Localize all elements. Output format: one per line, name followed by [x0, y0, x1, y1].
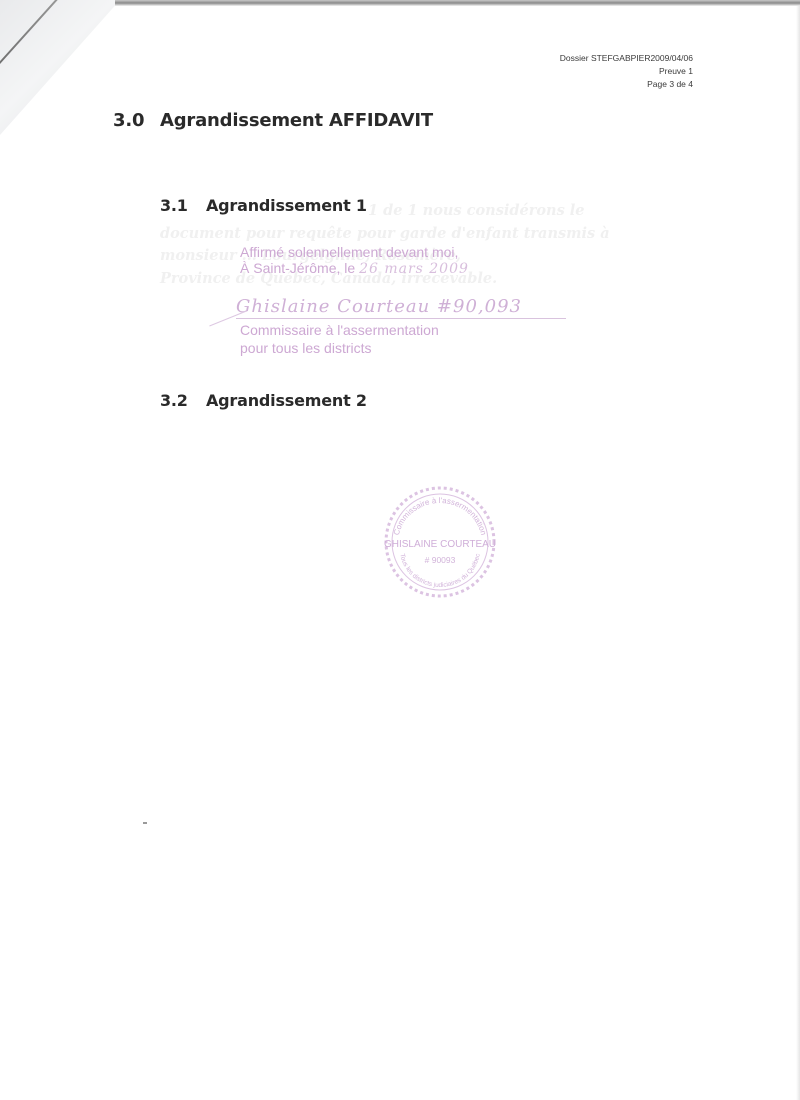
- scan-speck: [143, 822, 147, 824]
- handwritten-date: 26 mars 2009: [359, 261, 469, 277]
- section-heading-3-0: 3.0Agrandissement AFFIDAVIT: [113, 110, 433, 131]
- document-header: Dossier STEFGABPIER2009/04/06 Preuve 1 P…: [560, 52, 693, 91]
- section-title: Agrandissement 1: [206, 196, 367, 215]
- affidavit-line-1: Affirmé solennellement devant moi,: [240, 244, 469, 260]
- section-number: 3.2: [160, 391, 206, 410]
- page-number: Page 3 de 4: [560, 78, 693, 91]
- affidavit-line-2: À Saint-Jérôme, le 26 mars 2009: [240, 260, 469, 277]
- section-number: 3.1: [160, 196, 206, 215]
- scanned-page-right-edge: [796, 6, 800, 1100]
- affidavit-stamp: Affirmé solennellement devant moi, À Sai…: [240, 244, 469, 277]
- commissioner-signature: Ghislaine Courteau #90,093: [236, 296, 566, 319]
- section-heading-3-1: 3.1Agrandissement 1: [160, 196, 367, 215]
- dossier-reference: Dossier STEFGABPIER2009/04/06: [560, 52, 693, 65]
- folded-page-corner: [0, 0, 120, 135]
- seal-name: GHISLAINE COURTEAU: [384, 539, 496, 550]
- section-title: Agrandissement 2: [206, 391, 367, 410]
- scanned-page-top-edge: [115, 0, 800, 6]
- seal-number: # 90093: [425, 555, 456, 565]
- section-number: 3.0: [113, 110, 160, 131]
- commissioner-seal: Commissaire à l'assermentation Tous les …: [378, 483, 502, 601]
- section-title: Agrandissement AFFIDAVIT: [160, 110, 433, 131]
- svg-text:Commissaire à l'assermentation: Commissaire à l'assermentation: [392, 496, 488, 536]
- exhibit-label: Preuve 1: [560, 65, 693, 78]
- section-heading-3-2: 3.2Agrandissement 2: [160, 391, 367, 410]
- commissioner-title: Commissaire à l'assermentation pour tous…: [240, 321, 439, 357]
